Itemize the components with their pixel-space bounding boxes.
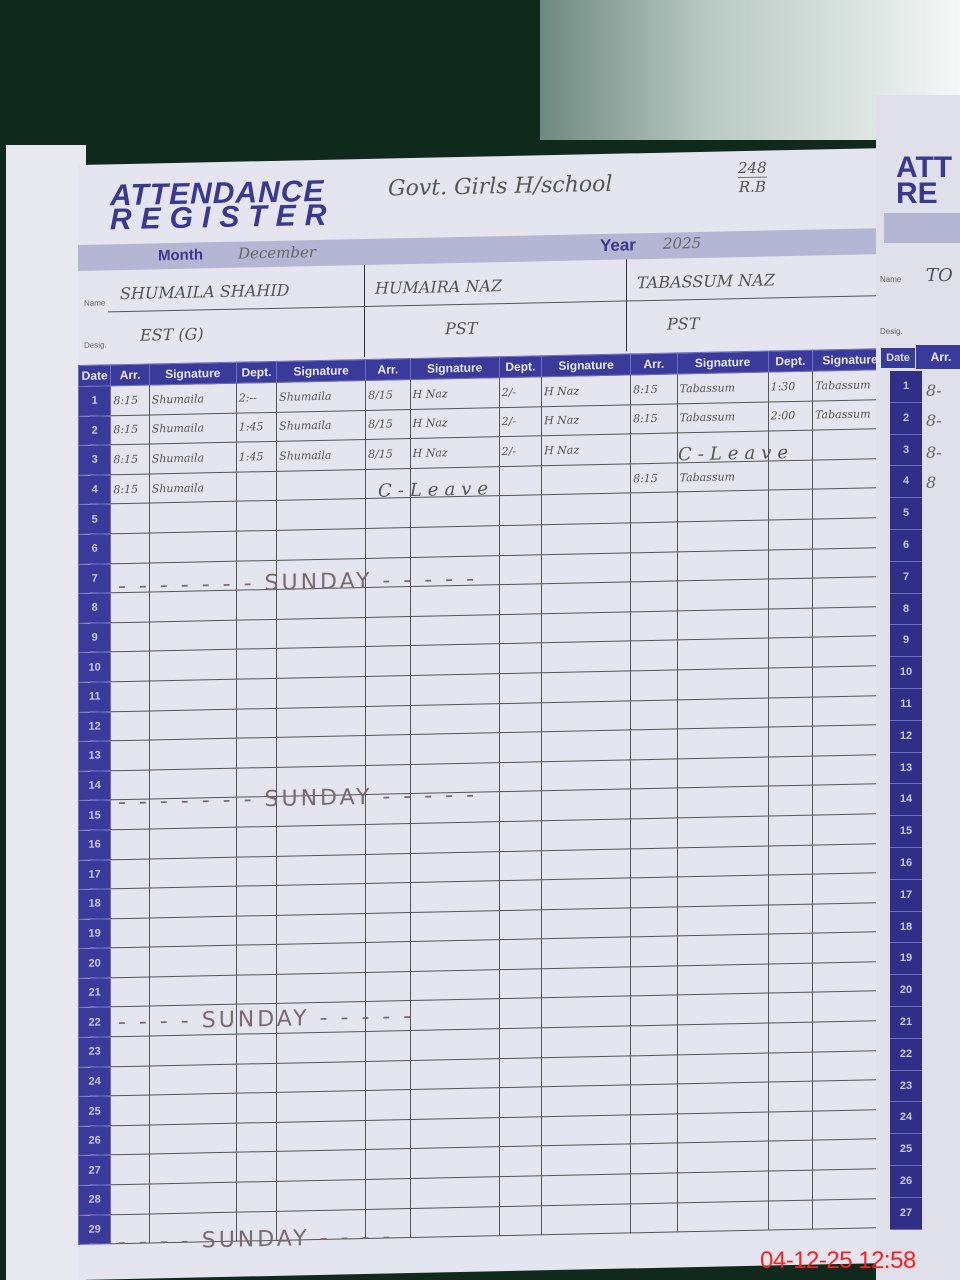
attendance-cell	[542, 967, 631, 998]
attendance-cell	[542, 819, 631, 850]
right-row-date: 6	[890, 530, 922, 562]
right-name-label: Name	[880, 275, 901, 284]
attendance-cell	[236, 678, 276, 708]
attendance-cell	[677, 934, 768, 965]
attendance-cell	[499, 614, 541, 644]
attendance-cell	[631, 1114, 678, 1145]
attendance-cell	[366, 1149, 410, 1180]
attendance-cell	[410, 496, 499, 527]
attendance-cell	[499, 584, 541, 614]
attendance-cell: H Naz	[542, 405, 631, 436]
attendance-cell	[277, 1032, 366, 1063]
right-row-date: 9	[890, 625, 922, 657]
attendance-cell	[542, 760, 631, 791]
attendance-cell	[499, 791, 541, 821]
col-dept: Dept.	[499, 356, 541, 378]
attendance-cell	[768, 845, 812, 876]
attendance-cell	[111, 1036, 149, 1066]
year-label: Year	[600, 235, 636, 256]
attendance-cell	[149, 679, 236, 710]
right-row-date: 11	[890, 689, 922, 721]
attendance-cell	[768, 993, 812, 1024]
attendance-cell	[677, 520, 768, 551]
attendance-cell	[677, 875, 768, 906]
staff-block-2: HUMAIRA NAZ PST	[364, 260, 627, 358]
attendance-cell	[236, 649, 276, 679]
attendance-cell	[410, 526, 499, 557]
attendance-cell	[366, 1179, 410, 1210]
attendance-cell	[111, 888, 149, 918]
attendance-cell	[277, 1150, 366, 1181]
attendance-cell	[677, 550, 768, 581]
attendance-cell	[768, 815, 812, 846]
row-date: 12	[79, 711, 111, 741]
book-page-stack	[6, 145, 86, 1280]
attendance-cell: 8/15	[366, 380, 410, 411]
row-date: 4	[79, 475, 111, 505]
right-row-date: 21	[890, 1007, 922, 1039]
school-name: Govt. Girls H/school	[388, 172, 612, 202]
attendance-cell	[631, 788, 678, 819]
attendance-cell	[149, 502, 236, 533]
right-arr-2: 8-	[926, 411, 942, 430]
attendance-cell	[277, 824, 366, 855]
attendance-cell	[277, 647, 366, 678]
attendance-cell	[366, 853, 410, 884]
col-date: Date	[79, 365, 111, 387]
attendance-cell	[111, 651, 149, 681]
attendance-cell	[542, 612, 631, 643]
attendance-cell	[149, 709, 236, 740]
attendance-cell	[410, 1206, 499, 1237]
right-row-date: 10	[890, 657, 922, 689]
attendance-cell	[236, 915, 276, 945]
right-row-date: 8	[890, 594, 922, 626]
attendance-cell	[542, 848, 631, 879]
attendance-cell	[410, 1029, 499, 1060]
right-row-date: 1	[890, 371, 922, 403]
attendance-cell	[677, 579, 768, 610]
attendance-cell	[499, 1087, 541, 1117]
attendance-cell	[542, 671, 631, 702]
attendance-cell	[542, 700, 631, 731]
attendance-cell	[149, 945, 236, 976]
attendance-cell	[499, 880, 541, 910]
attendance-cell	[768, 1052, 812, 1083]
attendance-cell	[410, 1118, 499, 1149]
right-row-date: 26	[890, 1166, 922, 1198]
attendance-cell	[542, 493, 631, 524]
attendance-cell	[236, 501, 276, 531]
attendance-cell	[366, 646, 410, 677]
attendance-cell	[149, 857, 236, 888]
attendance-cell	[410, 644, 499, 675]
attendance-cell: 1:45	[236, 442, 276, 472]
attendance-cell: 8:15	[631, 404, 678, 435]
right-col-date: Date	[881, 348, 915, 368]
attendance-cell: Shumaila	[149, 472, 236, 503]
attendance-cell	[677, 786, 768, 817]
attendance-cell	[410, 881, 499, 912]
col-signature: Signature	[149, 362, 236, 385]
attendance-cell	[499, 732, 541, 762]
attendance-cell	[149, 620, 236, 651]
attendance-cell: H Naz	[410, 437, 499, 468]
attendance-cell: 2/-	[499, 377, 541, 407]
attendance-cell	[542, 730, 631, 761]
attendance-cell: 8:15	[111, 444, 149, 474]
attendance-cell	[631, 670, 678, 701]
leave-note-humaira: C-Leave	[378, 478, 494, 501]
right-arr-3: 8-	[926, 443, 942, 462]
school-code: 248 R.B	[738, 159, 767, 197]
attendance-cell	[410, 674, 499, 705]
staff-block-1: SHUMAILA SHAHID EST (G)	[110, 265, 360, 362]
attendance-cell	[111, 977, 149, 1007]
attendance-cell	[631, 847, 678, 878]
row-date: 11	[79, 682, 111, 712]
attendance-cell	[631, 877, 678, 908]
attendance-cell	[236, 530, 276, 560]
staff-name: SHUMAILA SHAHID	[120, 281, 290, 304]
attendance-cell	[677, 846, 768, 877]
attendance-cell	[499, 969, 541, 999]
right-row-date: 23	[890, 1071, 922, 1103]
attendance-cell	[768, 756, 812, 787]
row-date: 9	[79, 623, 111, 653]
attendance-cell: Shumaila	[277, 410, 366, 441]
attendance-cell: Shumaila	[149, 413, 236, 444]
right-page-title: ATT RE	[896, 155, 952, 207]
attendance-cell	[236, 826, 276, 856]
attendance-cell	[542, 937, 631, 968]
right-row-date: 19	[890, 943, 922, 975]
attendance-cell	[277, 913, 366, 944]
attendance-cell	[499, 1028, 541, 1058]
right-row-date: 24	[890, 1102, 922, 1134]
attendance-cell	[149, 916, 236, 947]
attendance-cell	[677, 490, 768, 521]
row-date: 5	[79, 504, 111, 534]
attendance-cell	[236, 1181, 276, 1211]
right-row-date: 25	[890, 1134, 922, 1166]
attendance-cell	[542, 582, 631, 613]
right-row-date: 22	[890, 1039, 922, 1071]
attendance-cell	[111, 533, 149, 563]
attendance-cell	[542, 1056, 631, 1087]
attendance-cell: Shumaila	[149, 383, 236, 414]
attendance-cell	[499, 909, 541, 939]
attendance-cell: H Naz	[410, 378, 499, 409]
attendance-cell	[410, 733, 499, 764]
attendance-cell	[366, 1060, 410, 1091]
attendance-cell: 8:15	[111, 474, 149, 504]
attendance-cell	[499, 939, 541, 969]
attendance-cell	[631, 1084, 678, 1115]
name-label: Name	[84, 298, 105, 307]
attendance-cell	[542, 908, 631, 939]
attendance-cell	[768, 933, 812, 964]
attendance-cell	[499, 1176, 541, 1206]
attendance-cell	[499, 673, 541, 703]
attendance-cell	[410, 940, 499, 971]
row-date: 3	[79, 445, 111, 475]
staff-name: TABASSUM NAZ	[637, 270, 775, 292]
attendance-cell	[236, 885, 276, 915]
attendance-cell	[111, 503, 149, 533]
attendance-cell	[542, 464, 631, 495]
right-row-date: 17	[890, 880, 922, 912]
attendance-cell	[768, 1111, 812, 1142]
attendance-cell	[149, 827, 236, 858]
attendance-cell	[631, 1173, 678, 1204]
attendance-cell	[768, 785, 812, 816]
school-code-number: 248	[738, 159, 767, 179]
attendance-cell	[366, 705, 410, 736]
attendance-cell	[277, 884, 366, 915]
attendance-cell	[277, 943, 366, 974]
attendance-cell	[149, 738, 236, 769]
year-value: 2025	[663, 234, 701, 253]
attendance-cell: Shumaila	[277, 380, 366, 411]
attendance-cell	[542, 523, 631, 554]
attendance-cell	[499, 1146, 541, 1176]
attendance-cell	[410, 703, 499, 734]
title-line-2: REGISTER	[110, 204, 335, 233]
attendance-cell	[111, 740, 149, 770]
attendance-cell	[768, 963, 812, 994]
row-date: 6	[79, 534, 111, 564]
attendance-cell	[677, 727, 768, 758]
staff-name: HUMAIRA NAZ	[375, 276, 502, 298]
attendance-cell	[111, 1066, 149, 1096]
col-arr: Arr.	[631, 353, 678, 375]
right-date-column: 1234567891011121314151617181920212223242…	[890, 371, 922, 1230]
attendance-cell	[499, 466, 541, 496]
attendance-cell	[631, 433, 678, 464]
row-date: 14	[79, 771, 111, 801]
right-staff-name: TO	[926, 265, 953, 286]
attendance-cell	[410, 1177, 499, 1208]
attendance-cell	[111, 829, 149, 859]
attendance-cell	[677, 1201, 768, 1233]
attendance-cell	[768, 1022, 812, 1053]
attendance-cell	[236, 737, 276, 767]
staff-designation: PST	[667, 314, 699, 334]
attendance-cell	[768, 608, 812, 639]
staff-designation: EST (G)	[140, 324, 204, 344]
attendance-cell	[149, 1123, 236, 1154]
attendance-cell: 8:15	[111, 385, 149, 415]
attendance-cell	[542, 552, 631, 583]
attendance-cell	[631, 1025, 678, 1056]
attendance-cell	[366, 498, 410, 529]
row-date: 15	[79, 800, 111, 830]
attendance-cell	[542, 1174, 631, 1205]
attendance-cell	[410, 970, 499, 1001]
attendance-cell	[236, 1122, 276, 1152]
attendance-cell: 2:00	[768, 401, 812, 432]
attendance-cell: Tabassum	[677, 402, 768, 433]
attendance-cell	[499, 554, 541, 584]
attendance-cell	[149, 650, 236, 681]
right-row-date: 20	[890, 975, 922, 1007]
attendance-cell: H Naz	[542, 434, 631, 465]
attendance-cell	[277, 676, 366, 707]
attendance-cell	[366, 735, 410, 766]
attendance-cell	[631, 1203, 678, 1234]
attendance-cell	[366, 616, 410, 647]
attendance-cell	[768, 904, 812, 935]
desig-label: Desig.	[84, 340, 107, 349]
attendance-cell	[277, 1120, 366, 1151]
row-date: 21	[79, 978, 111, 1008]
attendance-cell	[542, 1204, 631, 1235]
attendance-cell	[631, 492, 678, 523]
attendance-cell: 2/-	[499, 436, 541, 466]
right-row-date: 3	[890, 435, 922, 467]
row-date: 25	[79, 1096, 111, 1126]
attendance-cell	[111, 622, 149, 652]
attendance-cell	[768, 1200, 812, 1231]
attendance-cell	[149, 531, 236, 562]
staff-block-3: TABASSUM NAZ PST	[626, 254, 889, 352]
col-arr: Arr.	[366, 359, 410, 381]
right-row-date: 27	[890, 1198, 922, 1230]
register-right-page: ATT RE Name Desig. TO Date Arr. 8- 8- 8-…	[876, 95, 960, 1280]
attendance-cell	[542, 1026, 631, 1057]
row-date: 19	[79, 918, 111, 948]
attendance-cell	[111, 859, 149, 889]
right-row-date: 4	[890, 466, 922, 498]
attendance-cell	[111, 1184, 149, 1214]
attendance-cell	[366, 883, 410, 914]
attendance-cell	[366, 942, 410, 973]
row-date: 13	[79, 741, 111, 771]
attendance-cell	[677, 609, 768, 640]
attendance-cell	[499, 821, 541, 851]
right-row-date: 7	[890, 562, 922, 594]
attendance-cell	[542, 996, 631, 1027]
attendance-cell	[111, 711, 149, 741]
attendance-cell: Tabassum	[677, 372, 768, 403]
attendance-cell	[366, 1031, 410, 1062]
attendance-cell	[768, 726, 812, 757]
attendance-cell	[542, 1085, 631, 1116]
attendance-cell: 8/15	[366, 439, 410, 470]
row-date: 28	[79, 1185, 111, 1215]
attendance-cell: H Naz	[542, 375, 631, 406]
month-value: December	[238, 243, 316, 263]
right-arr-4: 8	[926, 473, 936, 492]
attendance-cell	[366, 912, 410, 943]
photo-timestamp: 04-12-25 12:58	[760, 1247, 916, 1275]
attendance-cell	[410, 1088, 499, 1119]
school-code-suffix: R.B	[739, 178, 766, 197]
attendance-cell	[542, 1144, 631, 1175]
row-date: 24	[79, 1066, 111, 1096]
row-date: 18	[79, 889, 111, 919]
row-date: 26	[79, 1126, 111, 1156]
attendance-cell	[277, 1061, 366, 1092]
attendance-cell: Shumaila	[277, 440, 366, 471]
row-date: 17	[79, 859, 111, 889]
attendance-cell	[236, 471, 276, 501]
attendance-cell	[499, 495, 541, 525]
right-col-arr: Arr.	[916, 345, 960, 369]
attendance-cell	[236, 1063, 276, 1093]
attendance-cell	[768, 667, 812, 698]
attendance-cell	[499, 643, 541, 673]
attendance-cell	[149, 975, 236, 1006]
attendance-cell	[542, 1115, 631, 1146]
attendance-cell	[277, 528, 366, 559]
attendance-cell	[631, 552, 678, 583]
attendance-cell	[542, 878, 631, 909]
attendance-cell	[111, 947, 149, 977]
attendance-cell	[111, 1154, 149, 1184]
attendance-cell: 2:--	[236, 382, 276, 412]
attendance-cell	[236, 1033, 276, 1063]
right-page-band	[884, 213, 960, 243]
attendance-cell: 1:45	[236, 412, 276, 442]
attendance-cell	[277, 499, 366, 530]
row-date: 20	[79, 948, 111, 978]
attendance-cell	[677, 1112, 768, 1144]
attendance-cell: Tabassum	[677, 461, 768, 492]
attendance-cell: 8:15	[631, 374, 678, 405]
attendance-cell	[768, 460, 812, 491]
attendance-cell	[149, 1182, 236, 1213]
row-date: 10	[79, 652, 111, 682]
row-date: 29	[79, 1214, 111, 1244]
attendance-cell	[768, 1141, 812, 1172]
attendance-cell	[631, 759, 678, 790]
attendance-cell	[768, 637, 812, 668]
attendance-cell	[277, 1091, 366, 1122]
attendance-cell	[410, 1147, 499, 1178]
attendance-cell	[677, 1082, 768, 1114]
attendance-cell	[277, 736, 366, 767]
attendance-cell	[631, 611, 678, 642]
attendance-cell	[236, 856, 276, 886]
attendance-cell	[631, 936, 678, 967]
attendance-cell: 2/-	[499, 406, 541, 436]
attendance-cell	[499, 702, 541, 732]
attendance-cell	[542, 641, 631, 672]
attendance-cell	[499, 1205, 541, 1235]
attendance-cell	[149, 886, 236, 917]
row-date: 1	[79, 386, 111, 416]
attendance-cell	[677, 638, 768, 669]
register-left-page: ATTENDANCE REGISTER Govt. Girls H/school…	[78, 148, 888, 1280]
attendance-cell	[236, 1152, 276, 1182]
attendance-cell	[499, 850, 541, 880]
attendance-cell: Shumaila	[149, 442, 236, 473]
attendance-cell	[631, 907, 678, 938]
attendance-cell	[499, 998, 541, 1028]
attendance-cell	[677, 964, 768, 995]
attendance-cell	[677, 816, 768, 847]
staff-header: Name Desig. SHUMAILA SHAHID EST (G) HUMA…	[78, 254, 888, 363]
col-dept: Dept.	[768, 350, 812, 372]
row-date: 27	[79, 1155, 111, 1185]
attendance-cell: 1:30	[768, 371, 812, 402]
attendance-cell	[499, 1057, 541, 1087]
attendance-cell	[631, 522, 678, 553]
attendance-cell	[768, 519, 812, 550]
register-title: ATTENDANCE REGISTER	[110, 180, 335, 233]
